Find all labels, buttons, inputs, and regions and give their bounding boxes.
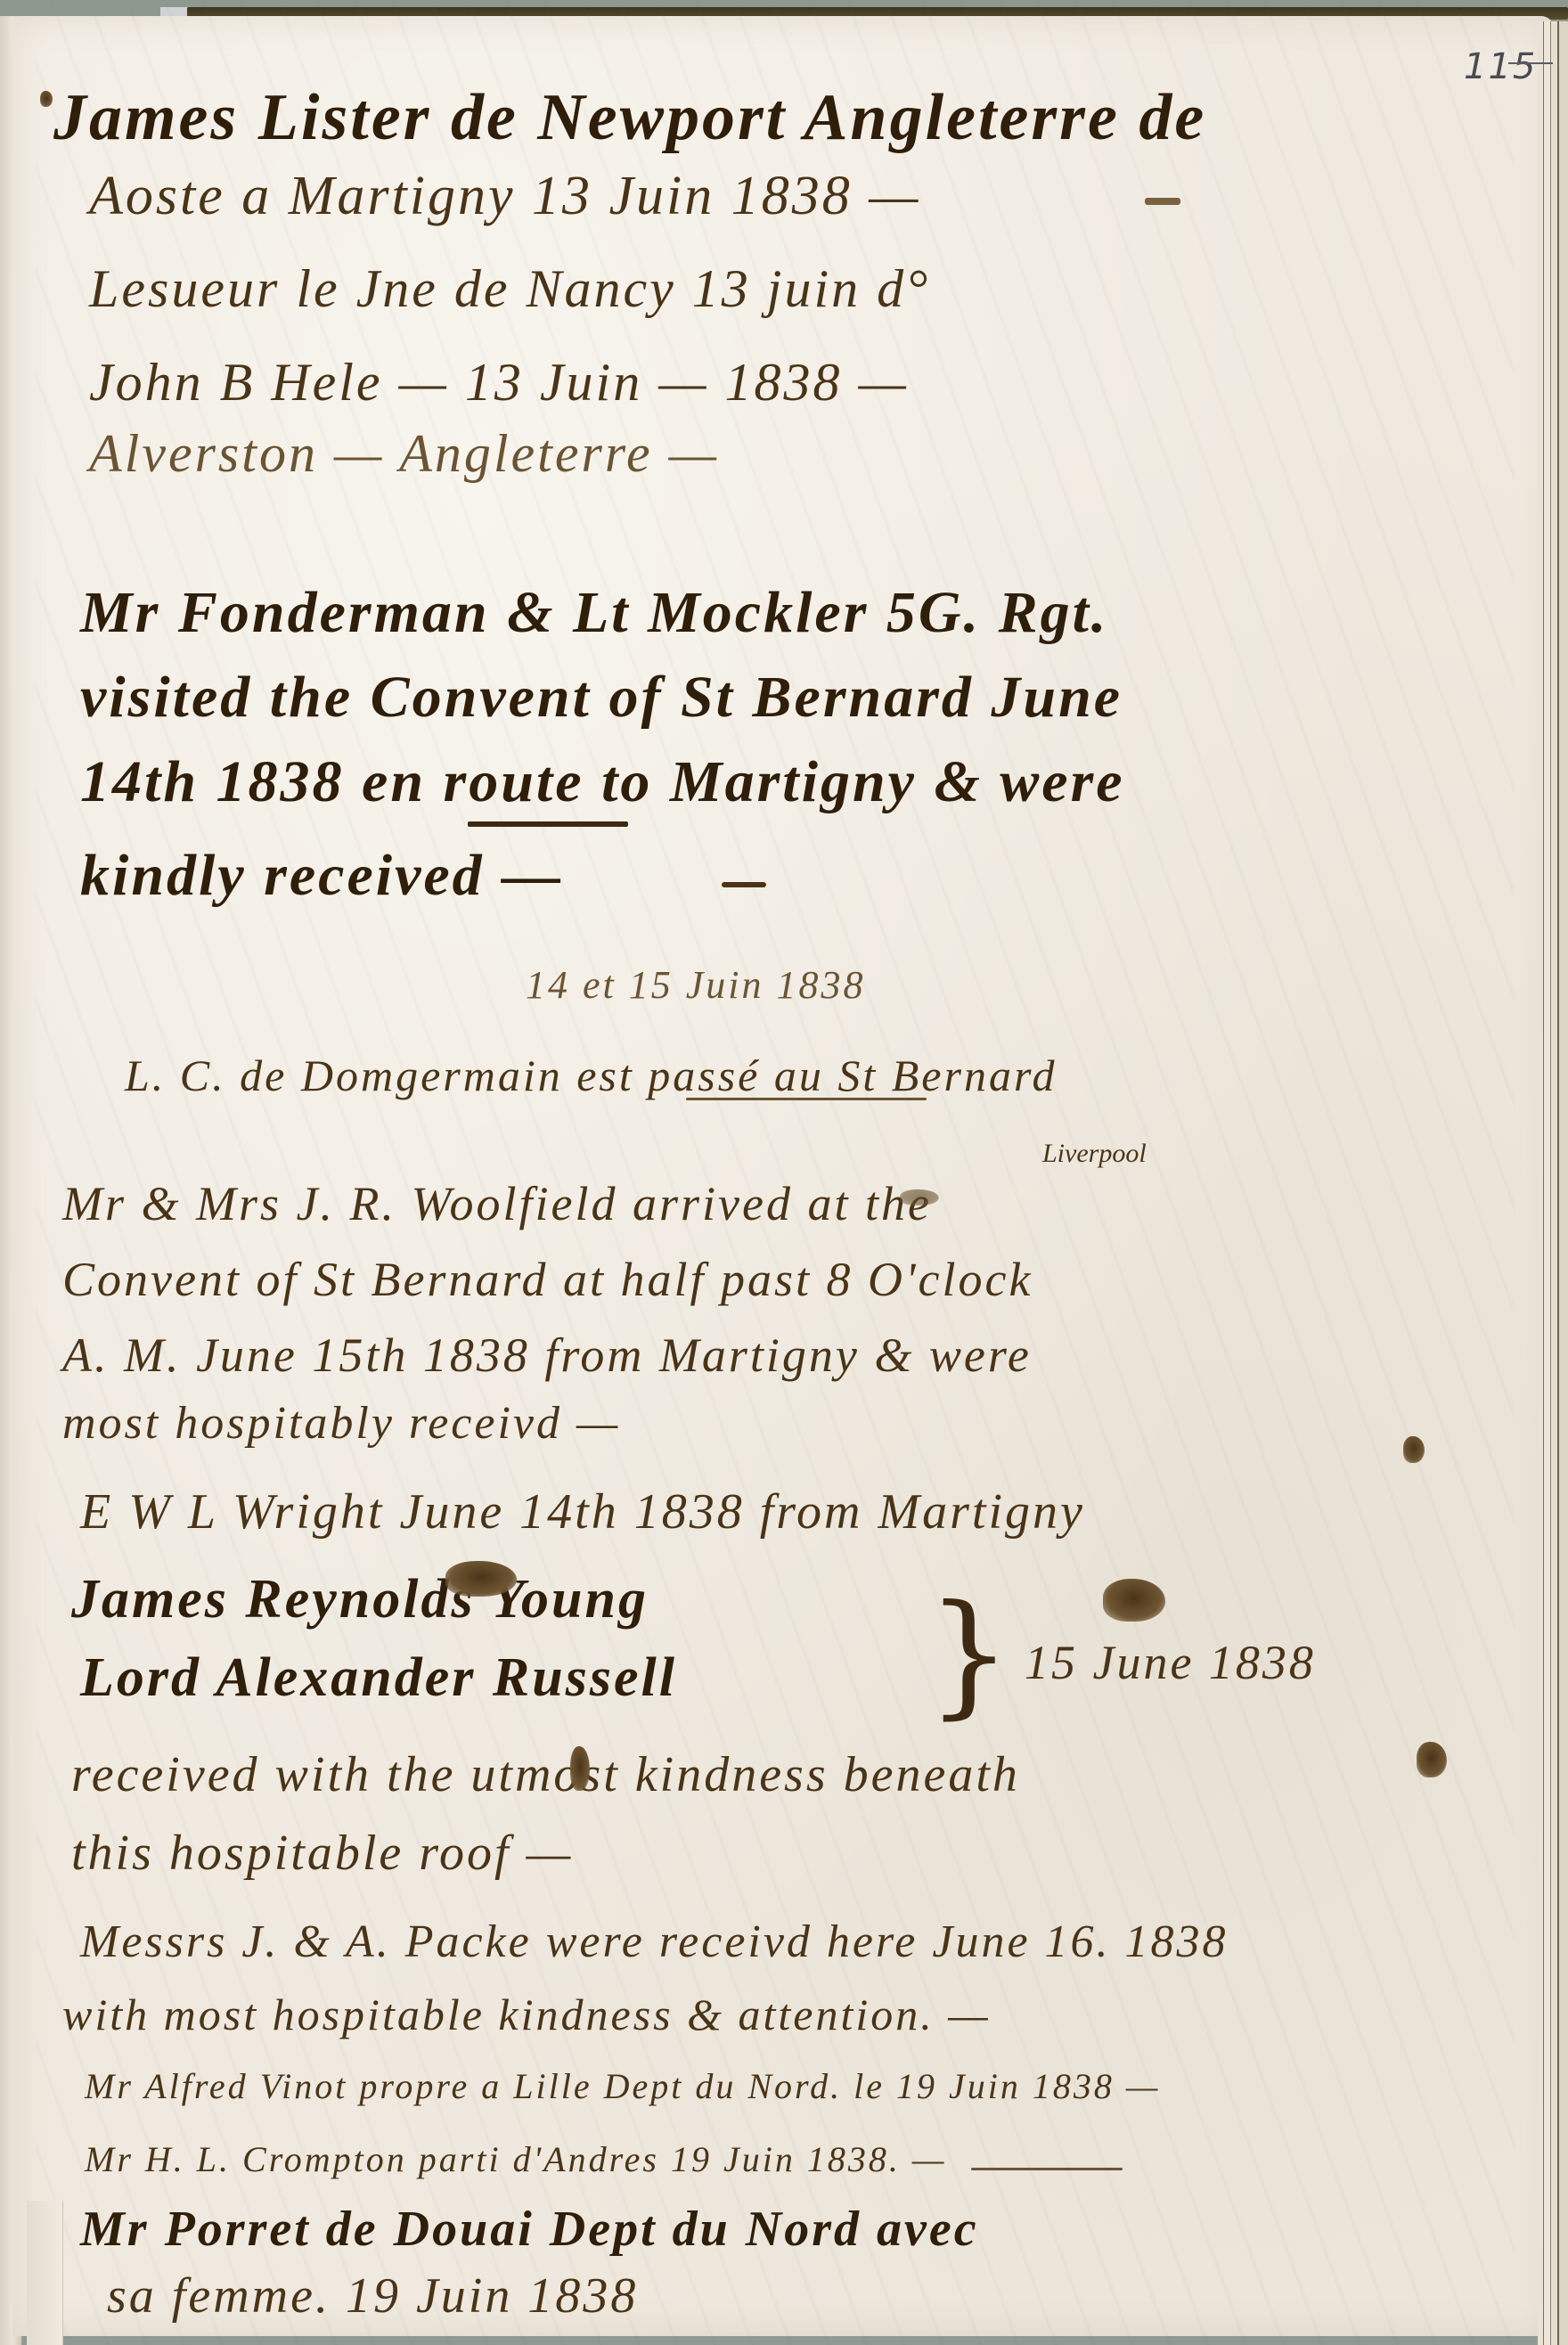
entry-line: E W L Wright June 14th 1838 from Martign…	[80, 1483, 1085, 1540]
entry-line: James Lister de Newport Angleterre de	[53, 80, 1206, 156]
entry-line: Aoste a Martigny 13 Juin 1838 —	[89, 165, 920, 228]
page-number: 115	[1464, 46, 1537, 87]
ink-blot	[1417, 1742, 1447, 1777]
entry-line: this hospitable roof —	[71, 1825, 573, 1882]
ink-blot	[445, 1561, 517, 1597]
ink-blot	[1103, 1579, 1165, 1622]
ink-dot	[40, 91, 53, 107]
entry-line: Convent of St Bernard at half past 8 O'c…	[62, 1252, 1033, 1307]
line-end-dash	[1145, 198, 1180, 205]
entry-line: 14 et 15 Juin 1838	[526, 962, 866, 1008]
entry-line: kindly received —	[80, 842, 563, 910]
page-number-rule	[1508, 62, 1553, 64]
ink-stain	[900, 1189, 939, 1205]
entry-line: John B Hele — 13 Juin — 1838 —	[89, 352, 909, 413]
entry-line: A. M. June 15th 1838 from Martigny & wer…	[62, 1328, 1032, 1383]
entry-date: 15 June 1838	[1025, 1635, 1316, 1690]
ink-blot	[1403, 1436, 1425, 1463]
entry-line: most hospitably receivd —	[62, 1397, 620, 1450]
ink-blot	[570, 1746, 590, 1791]
entry-line: Mr H. L. Crompton parti d'Andres 19 Juin…	[85, 2138, 946, 2180]
entry-line: L. C. de Domgermain est passé au St Bern…	[125, 1050, 1058, 1101]
entry-name: Lord Alexander Russell	[80, 1646, 677, 1710]
entry-line: received with the utmost kindness beneat…	[71, 1746, 1020, 1803]
grouping-brace: }	[927, 1577, 1011, 1732]
page-fold	[27, 2201, 63, 2345]
right-page-edges	[1538, 21, 1568, 2345]
trailing-rule	[971, 2168, 1123, 2170]
entry-line: Lesueur le Jne de Nancy 13 juin d°	[89, 258, 930, 320]
entry-line: sa femme. 19 Juin 1838	[107, 2267, 638, 2325]
entry-line: Alverston — Angleterre —	[89, 423, 719, 485]
entry-line: Mr Fonderman & Lt Mockler 5G. Rgt.	[80, 579, 1108, 647]
underline-en-route	[468, 821, 628, 827]
entry-line: Messrs J. & A. Packe were receivd here J…	[80, 1916, 1229, 1968]
entry-line: with most hospitable kindness & attentio…	[62, 1989, 991, 2040]
line-end-dash	[722, 882, 766, 887]
entry-line: 14th 1838 en route to Martigny & were	[80, 748, 1125, 816]
underline-signature	[686, 1098, 927, 1100]
entry-line: visited the Convent of St Bernard June	[80, 664, 1123, 731]
entry-line: Mr & Mrs J. R. Woolfield arrived at the	[62, 1176, 932, 1231]
entry-name: James Reynolds Young	[71, 1568, 649, 1631]
entry-line: Mr Porret de Douai Dept du Nord avec	[80, 2201, 979, 2258]
entry-line: Mr Alfred Vinot propre a Lille Dept du N…	[85, 2065, 1160, 2107]
superscript-liverpool: Liverpool	[1042, 1139, 1147, 1169]
